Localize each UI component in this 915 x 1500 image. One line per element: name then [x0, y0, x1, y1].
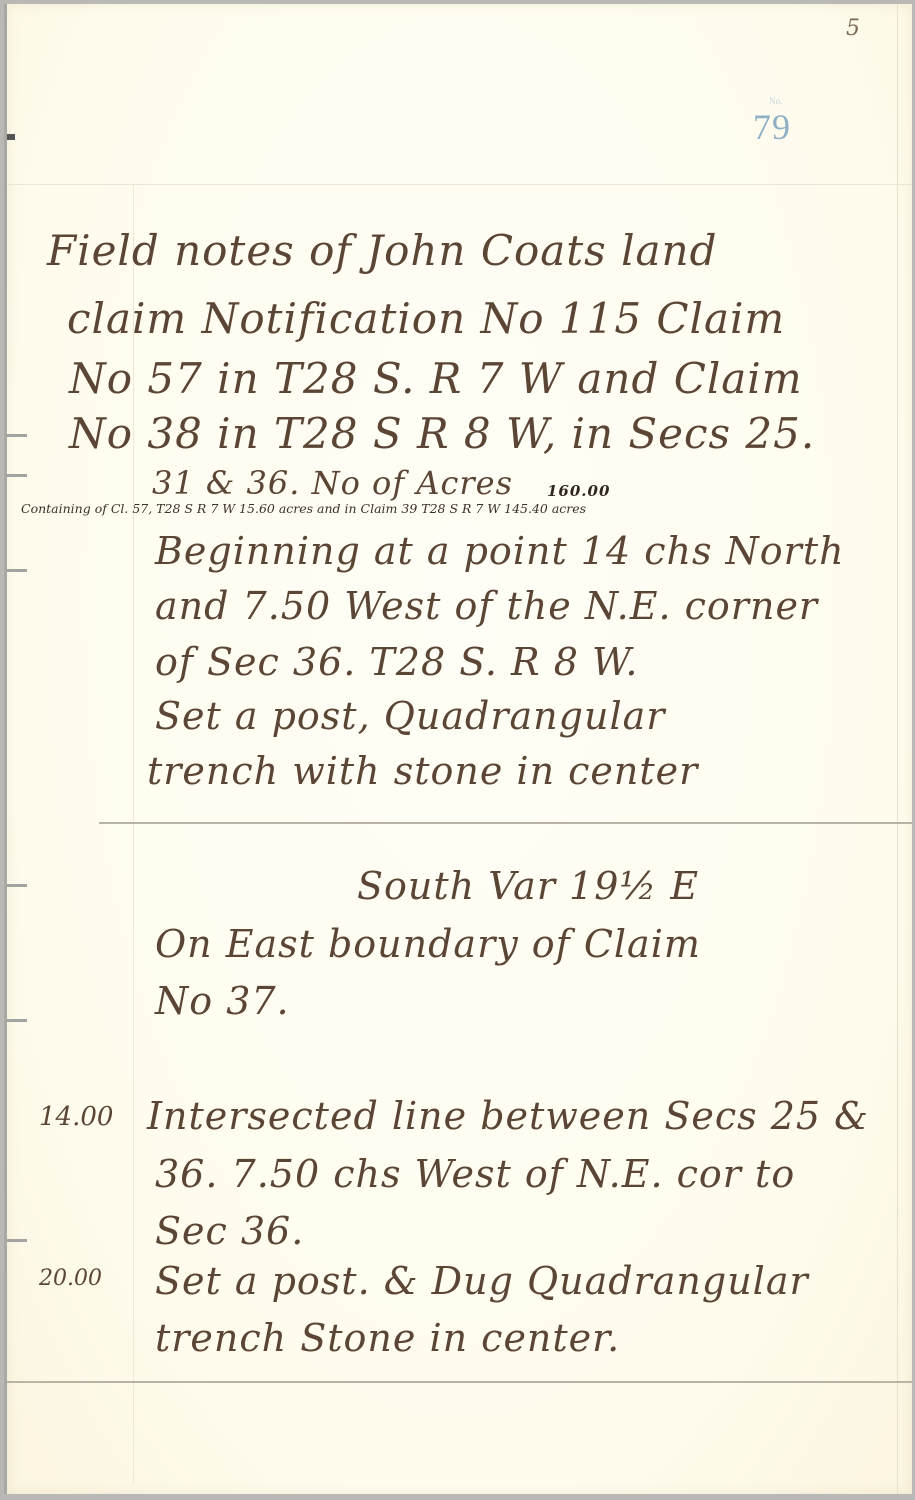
- acres-label: 31 & 36. No of Acres: [152, 464, 513, 502]
- entry-distance: 14.00: [39, 1102, 113, 1132]
- binding-mark: [7, 1239, 27, 1242]
- ledger-page: 5 No. 79 Field notes of John Coats land …: [4, 4, 912, 1494]
- heading-line: Field notes of John Coats land: [47, 226, 717, 275]
- beginning-line: and 7.50 West of the N.E. corner: [155, 584, 818, 628]
- binding-mark: [7, 134, 15, 140]
- binding-mark: [7, 1019, 27, 1022]
- entry-line: Sec 36.: [155, 1209, 304, 1253]
- stamp-number: 79: [753, 106, 791, 148]
- heading-line: No 57 in T28 S. R 7 W and Claim: [69, 354, 803, 403]
- column-rule-right: [897, 4, 898, 1494]
- course-bearing: South Var 19½ E: [357, 864, 699, 908]
- header-rule: [7, 184, 912, 185]
- entry-line: 36. 7.50 chs West of N.E. cor to: [155, 1152, 795, 1196]
- beginning-line: trench with stone in center: [147, 749, 698, 793]
- stamp-label: No.: [769, 96, 782, 106]
- course-line: No 37.: [155, 979, 290, 1023]
- beginning-line: Set a post, Quadrangular: [155, 694, 665, 738]
- entry-distance: 20.00: [39, 1266, 102, 1291]
- page-number: 5: [846, 16, 860, 41]
- binding-mark: [7, 474, 27, 477]
- beginning-line: of Sec 36. T28 S. R 8 W.: [155, 640, 638, 684]
- course-line: On East boundary of Claim: [155, 922, 701, 966]
- entry-line: Set a post. & Dug Quadrangular: [155, 1259, 809, 1303]
- entry-line: trench Stone in center.: [155, 1316, 620, 1360]
- heading-line: claim Notification No 115 Claim: [67, 294, 785, 343]
- section-rule: [99, 822, 912, 824]
- bottom-rule: [7, 1381, 912, 1383]
- binding-mark: [7, 434, 27, 437]
- beginning-line: Beginning at a point 14 chs North: [155, 529, 845, 573]
- entry-line: Intersected line between Secs 25 &: [147, 1094, 869, 1138]
- containing-note: Containing of Cl. 57, T28 S R 7 W 15.60 …: [21, 501, 586, 516]
- binding-mark: [7, 884, 27, 887]
- binding-mark: [7, 569, 27, 572]
- heading-line: No 38 in T28 S R 8 W, in Secs 25.: [69, 409, 815, 458]
- acres-value: 160.00: [547, 482, 610, 500]
